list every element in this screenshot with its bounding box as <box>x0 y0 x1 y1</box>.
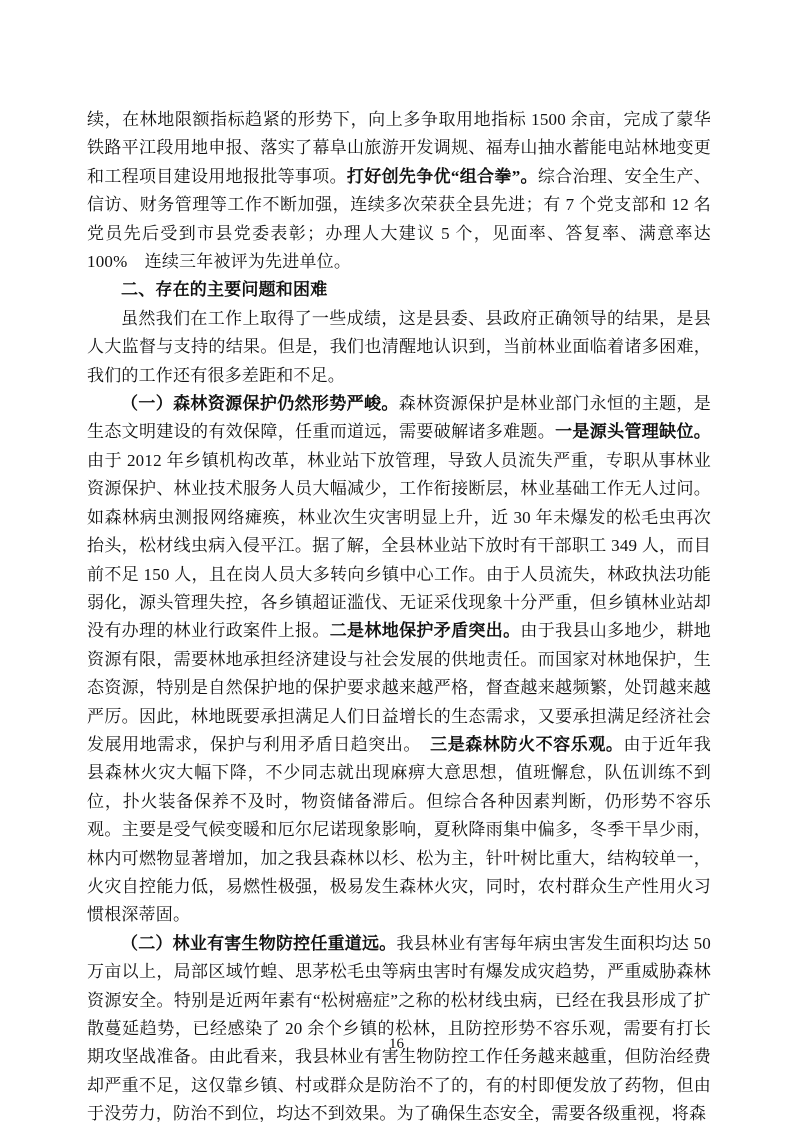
intro-paragraph: 虽然我们在工作上取得了一些成绩，这是县委、县政府正确领导的结果，是县人大监督与支… <box>87 305 711 390</box>
bold-run: （一）森林资源保护仍然形势严峻。 <box>121 394 399 413</box>
item-2-paragraph: （二）林业有害生物防控任重道远。我县林业有害每年病虫害发生面积均达 50 万亩以… <box>87 930 711 1122</box>
body-text: 我县林业有害每年病虫害发生面积均达 50 万亩以上，局部区域竹蝗、思茅松毛虫等病… <box>87 934 711 1122</box>
item-1-paragraph: （一）森林资源保护仍然形势严峻。森林资源保护是林业部门永恒的主题，是生态文明建设… <box>87 390 711 930</box>
bold-run: 一是源头管理缺位。 <box>555 422 711 441</box>
bold-run: 三是森林防火不容乐观。 <box>430 735 623 754</box>
body-text: 由于 2012 年乡镇机构改革，林业站下放管理，导致人员流失严重，专职从事林业资… <box>87 451 711 640</box>
page-number: 16 <box>389 1036 404 1052</box>
section-heading: 二、存在的主要问题和困难 <box>87 276 711 304</box>
page-content: 续，在林地限额指标趋紧的形势下，向上多争取用地指标 1500 余亩，完成了蒙华铁… <box>87 106 711 1122</box>
body-text: 由于近年我县森林火灾大幅下降，不少同志就出现麻痹大意思想，值班懈怠，队伍训练不到… <box>87 735 711 924</box>
continuation-paragraph: 续，在林地限额指标趋紧的形势下，向上多争取用地指标 1500 余亩，完成了蒙华铁… <box>87 106 711 276</box>
body-text: 虽然我们在工作上取得了一些成绩，这是县委、县政府正确领导的结果，是县人大监督与支… <box>87 309 711 385</box>
page-footer: 16 <box>0 1034 793 1054</box>
bold-run: 二是林地保护矛盾突出。 <box>330 621 521 640</box>
document-page: 续，在林地限额指标趋紧的形势下，向上多争取用地指标 1500 余亩，完成了蒙华铁… <box>0 0 793 1122</box>
bold-run: 打好创先争优“组合拳”。 <box>347 167 538 186</box>
heading-text: 二、存在的主要问题和困难 <box>121 280 327 299</box>
bold-run: （二）林业有害生物防控任重道远。 <box>121 934 396 953</box>
